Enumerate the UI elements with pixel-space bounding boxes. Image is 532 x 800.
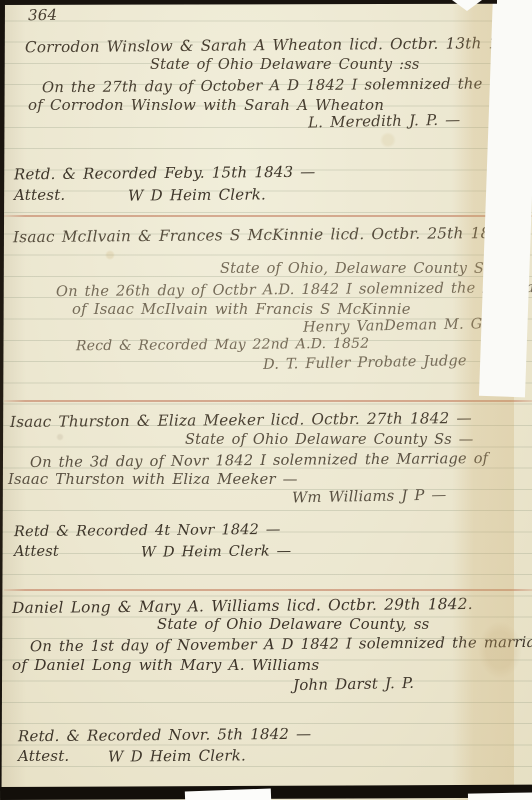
entry-3-state-line: State of Ohio Delaware County Ss — — [185, 432, 473, 448]
entry-1-recorded-line: Retd. & Recorded Feby. 15th 1843 — — [14, 163, 316, 184]
entry-3-officiant-signature: Wm Williams J P — — [292, 487, 447, 507]
entry-1-attest-label: Attest. — [14, 186, 65, 204]
entry-3-clerk-signature: W D Heim Clerk — — [141, 543, 291, 560]
entry-1-body-line-2: of Corrodon Winslow with Sarah A Wheaton — [28, 96, 384, 114]
entry-2-recorded-line: Recd & Recorded May 22nd A.D. 1852 — [76, 336, 369, 355]
entry-3-title: Isaac Thurston & Eliza Meeker licd. Octb… — [10, 409, 472, 431]
entry-1-officiant-signature: L. Meredith J. P. — — [308, 111, 461, 132]
page-tear-bottom-center — [185, 789, 271, 800]
entry-4-attest-label: Attest. — [18, 747, 69, 765]
entry-4-body-line-2: of Daniel Long with Mary A. Williams — [12, 656, 319, 674]
page-number: 364 — [28, 6, 58, 25]
entry-4-recorded-line: Retd. & Recorded Novr. 5th 1842 — — [18, 725, 311, 746]
entry-1-state-line: State of Ohio Delaware County :ss — [150, 57, 420, 73]
entry-3-body-line-2: Isaac Thurston with Eliza Meeker — — [8, 471, 298, 488]
entry-4-title: Daniel Long & Mary A. Williams licd. Oct… — [12, 595, 473, 617]
scanned-ledger-photo: 364 Corrodon Winslow & Sarah A Wheaton l… — [0, 0, 532, 800]
entry-2-title: Isaac McIlvain & Frances S McKinnie licd… — [13, 224, 516, 246]
page-tear-bottom-right — [468, 792, 532, 800]
entry-4-state-line: State of Ohio Delaware County, ss — [157, 616, 429, 633]
entry-3-attest-label: Attest — [14, 544, 59, 560]
page-tear-notch-top — [452, 0, 482, 11]
entry-3-recorded-line: Retd & Recorded 4t Novr 1842 — — [14, 522, 281, 540]
entry-3-body-line-1: On the 3d day of Novr 1842 I solemnized … — [30, 450, 488, 471]
entry-4-clerk-signature: W D Heim Clerk. — [108, 746, 246, 765]
entry-2-body-line-2: of Isaac McIlvain with Francis S McKinni… — [72, 301, 411, 318]
entry-2-judge-signature: D. T. Fuller Probate Judge — [263, 353, 467, 373]
entry-4-officiant-signature: John Darst J. P. — [293, 674, 415, 694]
entry-1-clerk-signature: W D Heim Clerk. — [128, 185, 266, 204]
